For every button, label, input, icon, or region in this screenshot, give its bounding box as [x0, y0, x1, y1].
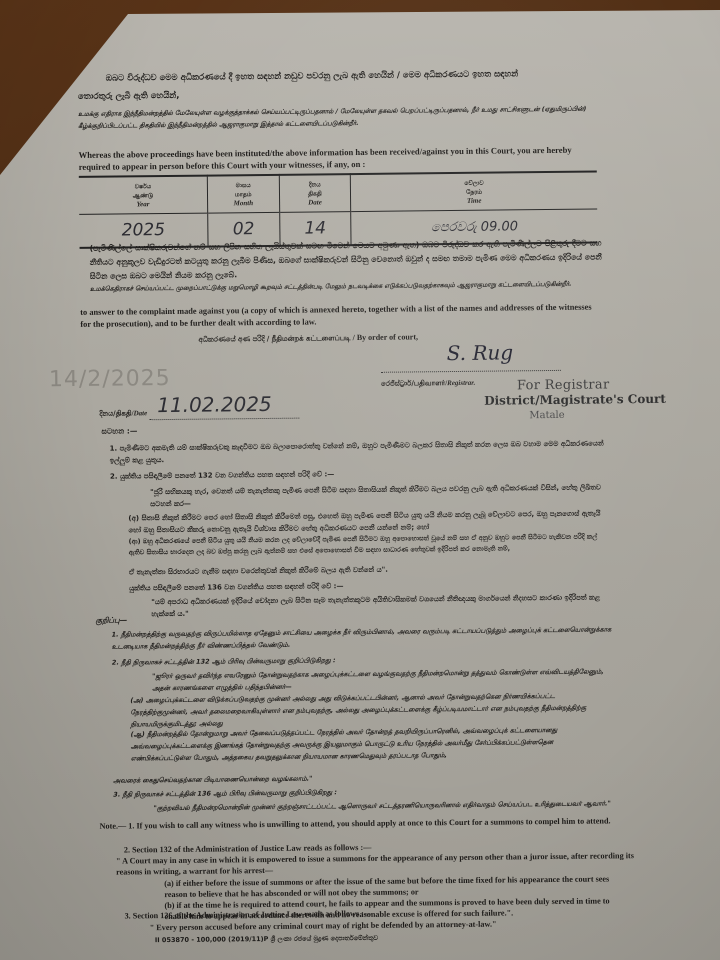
order-tamil: நீதிமன்றக் கட்டளைப்படி	[272, 334, 351, 343]
registrar-label-tamil: பதிவாளர்	[414, 379, 445, 387]
intro-tamil: உமக்கு எதிராக இந்நீதிமன்றத்தில் மேலேயுள்…	[78, 104, 588, 133]
english-note-1: Note.— 1. If you wish to call any witnes…	[100, 815, 620, 831]
intro-sinhala-line1: ඔබට විරුද්ධව මෙම අධිකරණයේ දී ඉහත සඳහන් න…	[106, 70, 518, 84]
tamil-note-1: 1. நீதிமன்றத்திற்கு வருவதற்கு விருப்பமில…	[112, 623, 612, 652]
header-time-english: Time	[353, 195, 595, 207]
date-label-english: Date	[134, 409, 148, 417]
date-dotted-line	[149, 418, 299, 421]
signature-line	[381, 370, 561, 373]
sinhala-note-2-quote: "ජූරි සභිකයකු හැර, වෙනත් යම් තැනැත්තකු ප…	[150, 481, 610, 510]
order-english: By order of court,	[357, 332, 418, 342]
summons-document: ඔබට විරුද්ධව මෙම අධිකරණයේ දී ඉහත සඳහන් න…	[0, 0, 720, 960]
header-date-english: Date	[282, 198, 349, 208]
tamil-notes-title: குறிப்பு—	[95, 616, 127, 625]
stamp-location: Matale	[529, 410, 564, 422]
registrar-label-sinhala: රෙජිස්ට්‍රාර්	[381, 379, 411, 387]
tamil-note-3-quote: "குற்றவியல் நீதிமன்றமொன்றின் முன்னர் குற…	[153, 797, 613, 814]
date-label-tamil: திகதி	[116, 409, 132, 417]
answer-sinhala: (පැමිණිල්ලේ සාක්ෂිකරුවන්ගේ නම් සහ ලිපින …	[89, 236, 601, 283]
header-year-english: Year	[81, 199, 205, 209]
ghost-handwriting-bleed: 14/2/2025	[49, 366, 171, 393]
schedule-header-row: වර්ෂය ஆண்டு Year මාසය மாதம் Month දිනය த…	[79, 172, 597, 215]
answer-english: to answer to the complaint made against …	[80, 301, 600, 330]
header-month: මාසය மாதம் Month	[207, 175, 279, 213]
issue-date-value: 11.02.2025	[157, 393, 272, 417]
sinhala-note-3-quote: "යම් අපරාධ අධිකරණයක් ඉදිරියේ චෝදනා ලැබ ස…	[151, 591, 611, 620]
tamil-note-2-b: (ஆ) நீதிமன்றத்தில் தோன்றுமாறு அவர் தேவைப…	[131, 723, 611, 764]
sinhala-note-2-end: ඒ තැනැත්තා සිරභාරයට ගැනීම සඳහා වරෙන්තුවක…	[129, 561, 629, 578]
order-sinhala: අධිකරණයේ අණ පරිදි	[198, 335, 264, 344]
sinhala-notes-title: සටහන :—	[101, 427, 137, 436]
header-date: දිනය திகதி Date	[279, 174, 351, 212]
english-note-1-text: 1. If you wish to call any witness who i…	[128, 816, 610, 830]
registrar-signature: S. Rug	[447, 340, 514, 365]
intro-sinhala-line2: තොරතුරු ලැබී ඇති හෙයින්,	[78, 92, 180, 103]
english-notes-title: Note.—	[100, 821, 127, 830]
sinhala-note-1: 1. පැමිණීමට අකමැති යම් සාක්ෂිකරුවකු කැඳව…	[110, 437, 610, 466]
date-label: දිනය/திகதி/Date	[99, 409, 147, 418]
registrar-label: රෙජිස්ට්‍රාර්/பதிவாளர்/Registrar.	[381, 379, 475, 388]
by-order-of-court: අධිකරණයේ අණ පරිදි / நீதிமன்றக் கட்டளைப்ப…	[198, 332, 418, 343]
sinhala-note-2-b: (ආ) ඔහු අධිකරණයේ පෙනී සිටිය යුතු යයි නිය…	[129, 531, 609, 558]
stamp-court-name: District/Magistrate's Court	[484, 393, 666, 409]
printer-footer: II 053870 - 100,000 (2019/11)P ශ්‍රී ලංක…	[155, 935, 378, 945]
sinhala-note-2: 2. යුක්තිය පසිඳලීමේ පනතේ 132 වන වගන්තිය …	[110, 465, 610, 482]
header-year: වර්ෂය ஆண்டு Year	[79, 176, 208, 215]
intro-english: Whereas the above proceedings have been …	[79, 143, 599, 172]
header-month-english: Month	[210, 198, 277, 208]
registrar-label-english: Registrar.	[447, 379, 475, 387]
date-label-sinhala: දිනය	[99, 410, 113, 418]
header-time: වේලාව நேரம் Time	[351, 172, 598, 212]
